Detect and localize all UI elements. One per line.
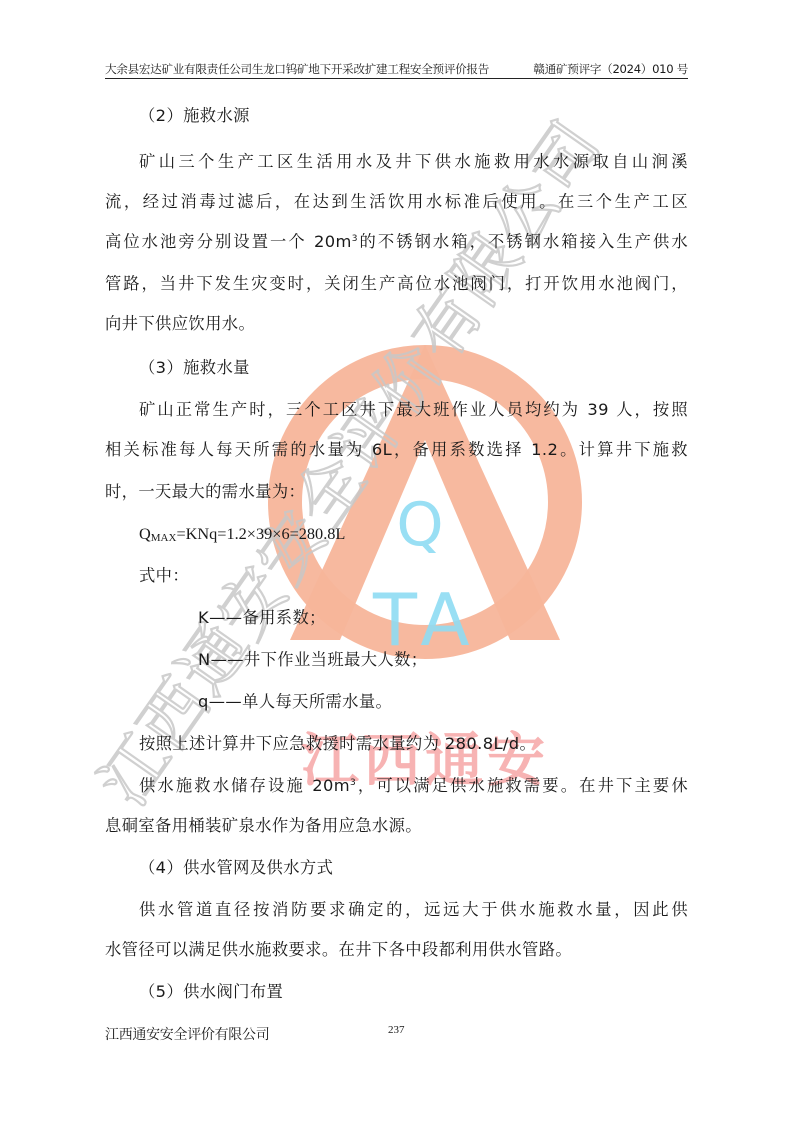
definition-item: q——单人每天所需水量。	[198, 692, 392, 712]
svg-text:A: A	[420, 578, 469, 662]
paragraph-line: 按照上述计算井下应急救援时需水量约为 280.8L/d。	[139, 734, 536, 754]
formula: QMAX=KNq=1.2×39×6=280.8L	[139, 524, 345, 548]
definition-item: N——井下作业当班最大人数；	[198, 650, 427, 670]
report-number: 赣通矿预评字（2024）010 号	[533, 61, 688, 77]
page-number: 237	[388, 1024, 405, 1036]
report-title: 大余县宏达矿业有限责任公司生龙口钨矿地下开采改扩建工程安全预评价报告	[105, 61, 489, 77]
paragraph-line: 时，一天最大的需水量为：	[105, 482, 305, 502]
where-label: 式中：	[139, 566, 189, 586]
paragraph-line: 管路，当井下发生灾变时，关闭生产高位水池阀门，打开饮用水池阀门，	[105, 274, 688, 294]
definition-item: K——备用系数；	[198, 608, 326, 628]
section-heading: （3）施救水量	[139, 358, 250, 378]
page-header: 大余县宏达矿业有限责任公司生龙口钨矿地下开采改扩建工程安全预评价报告 赣通矿预评…	[105, 57, 688, 79]
paragraph-line: 水管径可以满足供水施救要求。在井下各中段都利用供水管路。	[105, 940, 572, 960]
paragraph-line: 矿山正常生产时，三个工区井下最大班作业人员均约为 39 人，按照	[139, 400, 688, 420]
paragraph-line: 供水施救水储存设施 20m3，可以满足供水施救需要。在井下主要休	[139, 776, 688, 796]
paragraph-line: 供水管道直径按消防要求确定的，远远大于供水施救水量，因此供	[139, 900, 688, 920]
svg-text:江西通安安全评价有限公司: 江西通安安全评价有限公司	[85, 107, 616, 820]
paragraph-line: 高位水池旁分别设置一个 20m3的不锈钢水箱，不锈钢水箱接入生产供水	[105, 232, 688, 252]
paragraph-line: 流，经过消毒过滤后，在达到生活饮用水标准后使用。在三个生产工区	[105, 192, 688, 212]
svg-text:Q: Q	[396, 490, 443, 560]
paragraph-line: 息硐室备用桶装矿泉水作为备用应急水源。	[105, 816, 422, 836]
document-page: Q T A 江西通安 江西通安安全评价有限公司 大余县宏达矿业有限责任公司生龙口…	[0, 0, 793, 1122]
section-heading: （2）施救水源	[139, 106, 250, 126]
paragraph-line: 相关标准每人每天所需的水量为 6L，备用系数选择 1.2。计算井下施救	[105, 440, 688, 460]
section-heading: （4）供水管网及供水方式	[139, 858, 333, 878]
paragraph-line: 矿山三个生产工区生活用水及井下供水施救用水水源取自山涧溪	[139, 152, 688, 172]
footer-company: 江西通安安全评价有限公司	[105, 1024, 269, 1044]
section-heading: （5）供水阀门布置	[139, 982, 283, 1002]
paragraph-line: 向井下供应饮用水。	[105, 314, 255, 334]
